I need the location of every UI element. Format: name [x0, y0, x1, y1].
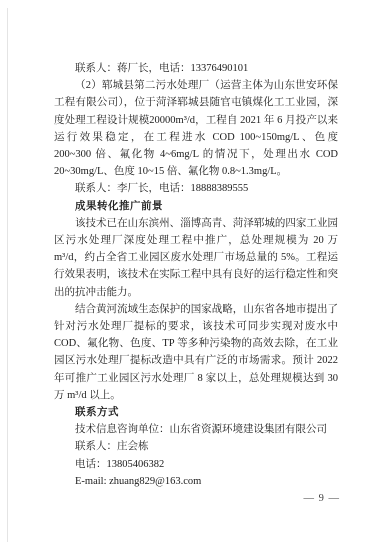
paragraph-promotion-1: 该技术已在山东滨州、淄博高青、菏泽郓城的四家工业园区污水处理厂深度处理工程中推广… — [54, 215, 338, 301]
page-number: — 9 — — [304, 493, 341, 504]
paragraph-plant-2: （2）郓城县第二污水处理厂（运营主体为山东世安环保工程有限公司），位于菏泽郓城县… — [54, 77, 338, 180]
section-heading-contact-info: 联系方式 — [54, 404, 338, 421]
scan-artifact-left-edge — [7, 8, 8, 542]
email-line: E-mail: zhuang829@163.com — [54, 473, 338, 490]
section-heading-promotion-prospect: 成果转化推广前景 — [54, 198, 338, 215]
contact-line-jiang: 联系人：蒋厂长，电话：13376490101 — [54, 60, 338, 77]
consult-unit-line: 技术信息咨询单位：山东省资源环境建设集团有限公司 — [54, 421, 338, 438]
paragraph-promotion-2: 结合黄河流域生态保护的国家战略，山东省各地市提出了针对污水处理厂提标的要求，该技… — [54, 301, 338, 404]
contact-person-line: 联系人：庄会栋 — [54, 438, 338, 455]
document-page: 联系人：蒋厂长，电话：13376490101 （2）郓城县第二污水处理厂（运营主… — [0, 0, 390, 551]
contact-line-li: 联系人：李厂长，电话：18888389555 — [54, 180, 338, 197]
phone-line: 电话：13805406382 — [54, 456, 338, 473]
document-content: 联系人：蒋厂长，电话：13376490101 （2）郓城县第二污水处理厂（运营主… — [54, 60, 338, 490]
